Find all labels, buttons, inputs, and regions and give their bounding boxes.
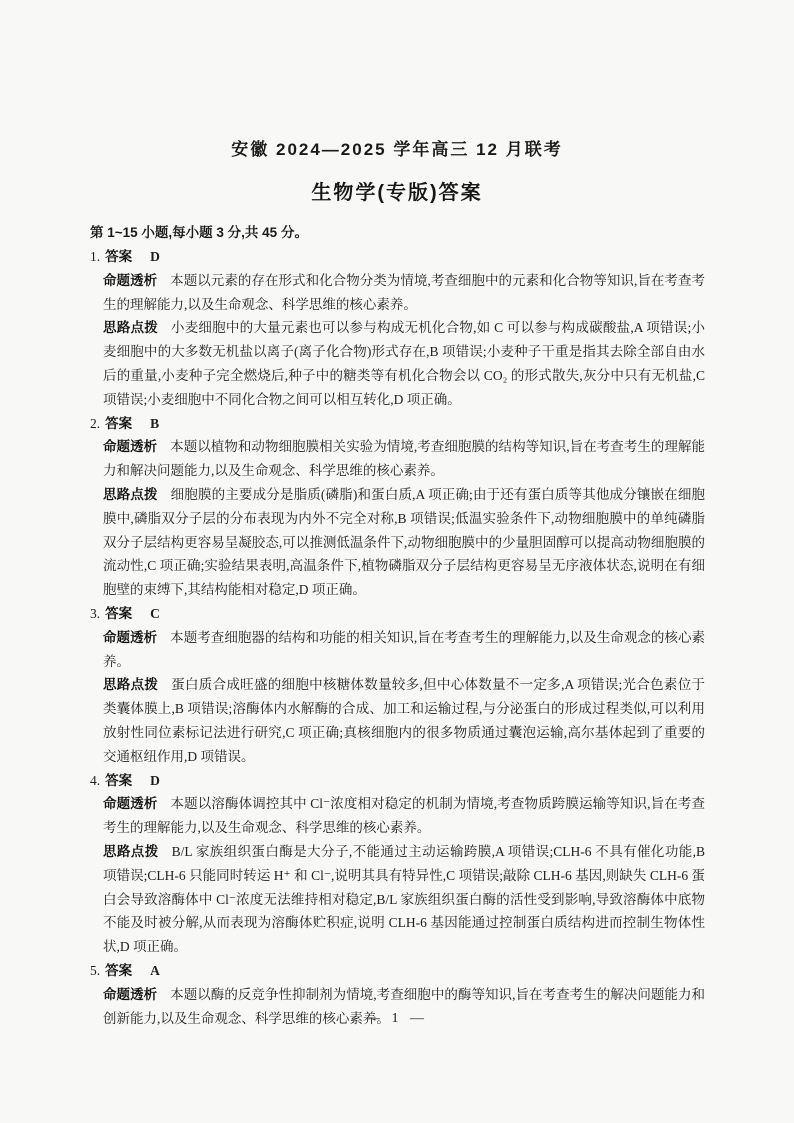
hint-block: 思路点拨细胞膜的主要成分是脂质(磷脂)和蛋白质,A 项正确;由于还有蛋白质等其他… (90, 483, 705, 602)
answer-content: 第 1~15 小题,每小题 3 分,共 45 分。 1.答案D 命题透析本题以元… (90, 221, 705, 1030)
answer-label: 答案 (105, 963, 132, 978)
hint-block: 思路点拨B/L 家族组织蛋白酶是大分子,不能通过主动运输跨膜,A 项错误;CLH… (90, 840, 705, 959)
hint-label: 思路点拨 (103, 487, 158, 502)
question-number: 3. (90, 606, 100, 621)
hint-block: 思路点拨小麦细胞中的大量元素也可以参与构成无机化合物,如 C 可以参与构成碳酸盐… (90, 316, 705, 411)
answer-item-2: 2.答案B 命题透析本题以植物和动物细胞膜相关实验为情境,考查细胞膜的结构等知识… (90, 412, 705, 602)
exam-answer-page: 安徽 2024—2025 学年高三 12 月联考 生物学(专版)答案 第 1~1… (0, 0, 794, 1123)
question-number: 5. (90, 963, 100, 978)
analysis-block: 命题透析本题以溶酶体调控其中 Cl⁻浓度相对稳定的机制为情境,考查物质跨膜运输等… (90, 792, 705, 840)
analysis-label: 命题透析 (103, 987, 157, 1002)
question-number: 1. (90, 249, 100, 264)
hint-text: 小麦细胞中的大量元素也可以参与构成无机化合物,如 C 可以参与构成碳酸盐,A 项… (103, 320, 705, 406)
hint-block: 思路点拨蛋白质合成旺盛的细胞中核糖体数量较多,但中心体数量不一定多,A 项错误;… (90, 673, 705, 768)
answer-letter: D (150, 773, 160, 788)
answer-item-4: 4.答案D 命题透析本题以溶酶体调控其中 Cl⁻浓度相对稳定的机制为情境,考查物… (90, 769, 705, 959)
analysis-label: 命题透析 (103, 796, 158, 811)
analysis-block: 命题透析本题以元素的存在形式和化合物分类为情境,考查细胞中的元素和化合物等知识,… (90, 269, 705, 317)
answer-letter: B (150, 416, 159, 431)
exam-title: 安徽 2024—2025 学年高三 12 月联考 (0, 138, 794, 162)
hint-label: 思路点拨 (103, 320, 158, 335)
hint-text: B/L 家族组织蛋白酶是大分子,不能通过主动运输跨膜,A 项错误;CLH-6 不… (103, 844, 705, 954)
answer-letter: C (150, 606, 160, 621)
analysis-label: 命题透析 (103, 630, 157, 645)
analysis-text: 本题以元素的存在形式和化合物分类为情境,考查细胞中的元素和化合物等知识,旨在考查… (103, 273, 705, 312)
question-number: 4. (90, 773, 100, 788)
answer-item-3: 3.答案C 命题透析本题考查细胞器的结构和功能的相关知识,旨在考查考生的理解能力… (90, 602, 705, 769)
hint-label: 思路点拨 (103, 844, 159, 859)
answer-line: 2.答案B (90, 412, 705, 436)
analysis-label: 命题透析 (103, 273, 157, 288)
answer-line: 3.答案C (90, 602, 705, 626)
analysis-block: 命题透析本题以植物和动物细胞膜相关实验为情境,考查细胞膜的结构等知识,旨在考查考… (90, 435, 705, 483)
analysis-block: 命题透析本题考查细胞器的结构和功能的相关知识,旨在考查考生的理解能力,以及生命观… (90, 626, 705, 674)
hint-text: 蛋白质合成旺盛的细胞中核糖体数量较多,但中心体数量不一定多,A 项错误;光合色素… (103, 677, 705, 763)
answer-label: 答案 (105, 416, 132, 431)
analysis-text: 本题以溶酶体调控其中 Cl⁻浓度相对稳定的机制为情境,考查物质跨膜运输等知识,旨… (103, 796, 705, 835)
answer-letter: A (150, 963, 160, 978)
section-note: 第 1~15 小题,每小题 3 分,共 45 分。 (90, 221, 705, 245)
page-number: — 1 — (0, 1007, 794, 1031)
analysis-text: 本题考查细胞器的结构和功能的相关知识,旨在考查考生的理解能力,以及生命观念的核心… (103, 630, 705, 669)
answer-letter: D (150, 249, 160, 264)
answer-item-1: 1.答案D 命题透析本题以元素的存在形式和化合物分类为情境,考查细胞中的元素和化… (90, 245, 705, 412)
answer-line: 1.答案D (90, 245, 705, 269)
answer-label: 答案 (105, 773, 132, 788)
analysis-text: 本题以植物和动物细胞膜相关实验为情境,考查细胞膜的结构等知识,旨在考查考生的理解… (103, 439, 705, 478)
answer-line: 5.答案A (90, 959, 705, 983)
analysis-label: 命题透析 (103, 439, 157, 454)
answer-line: 4.答案D (90, 769, 705, 793)
hint-label: 思路点拨 (103, 677, 158, 692)
answer-label: 答案 (105, 606, 132, 621)
exam-subtitle: 生物学(专版)答案 (0, 181, 794, 205)
answer-label: 答案 (105, 249, 132, 264)
question-number: 2. (90, 416, 100, 431)
hint-text: 细胞膜的主要成分是脂质(磷脂)和蛋白质,A 项正确;由于还有蛋白质等其他成分镶嵌… (103, 487, 705, 597)
